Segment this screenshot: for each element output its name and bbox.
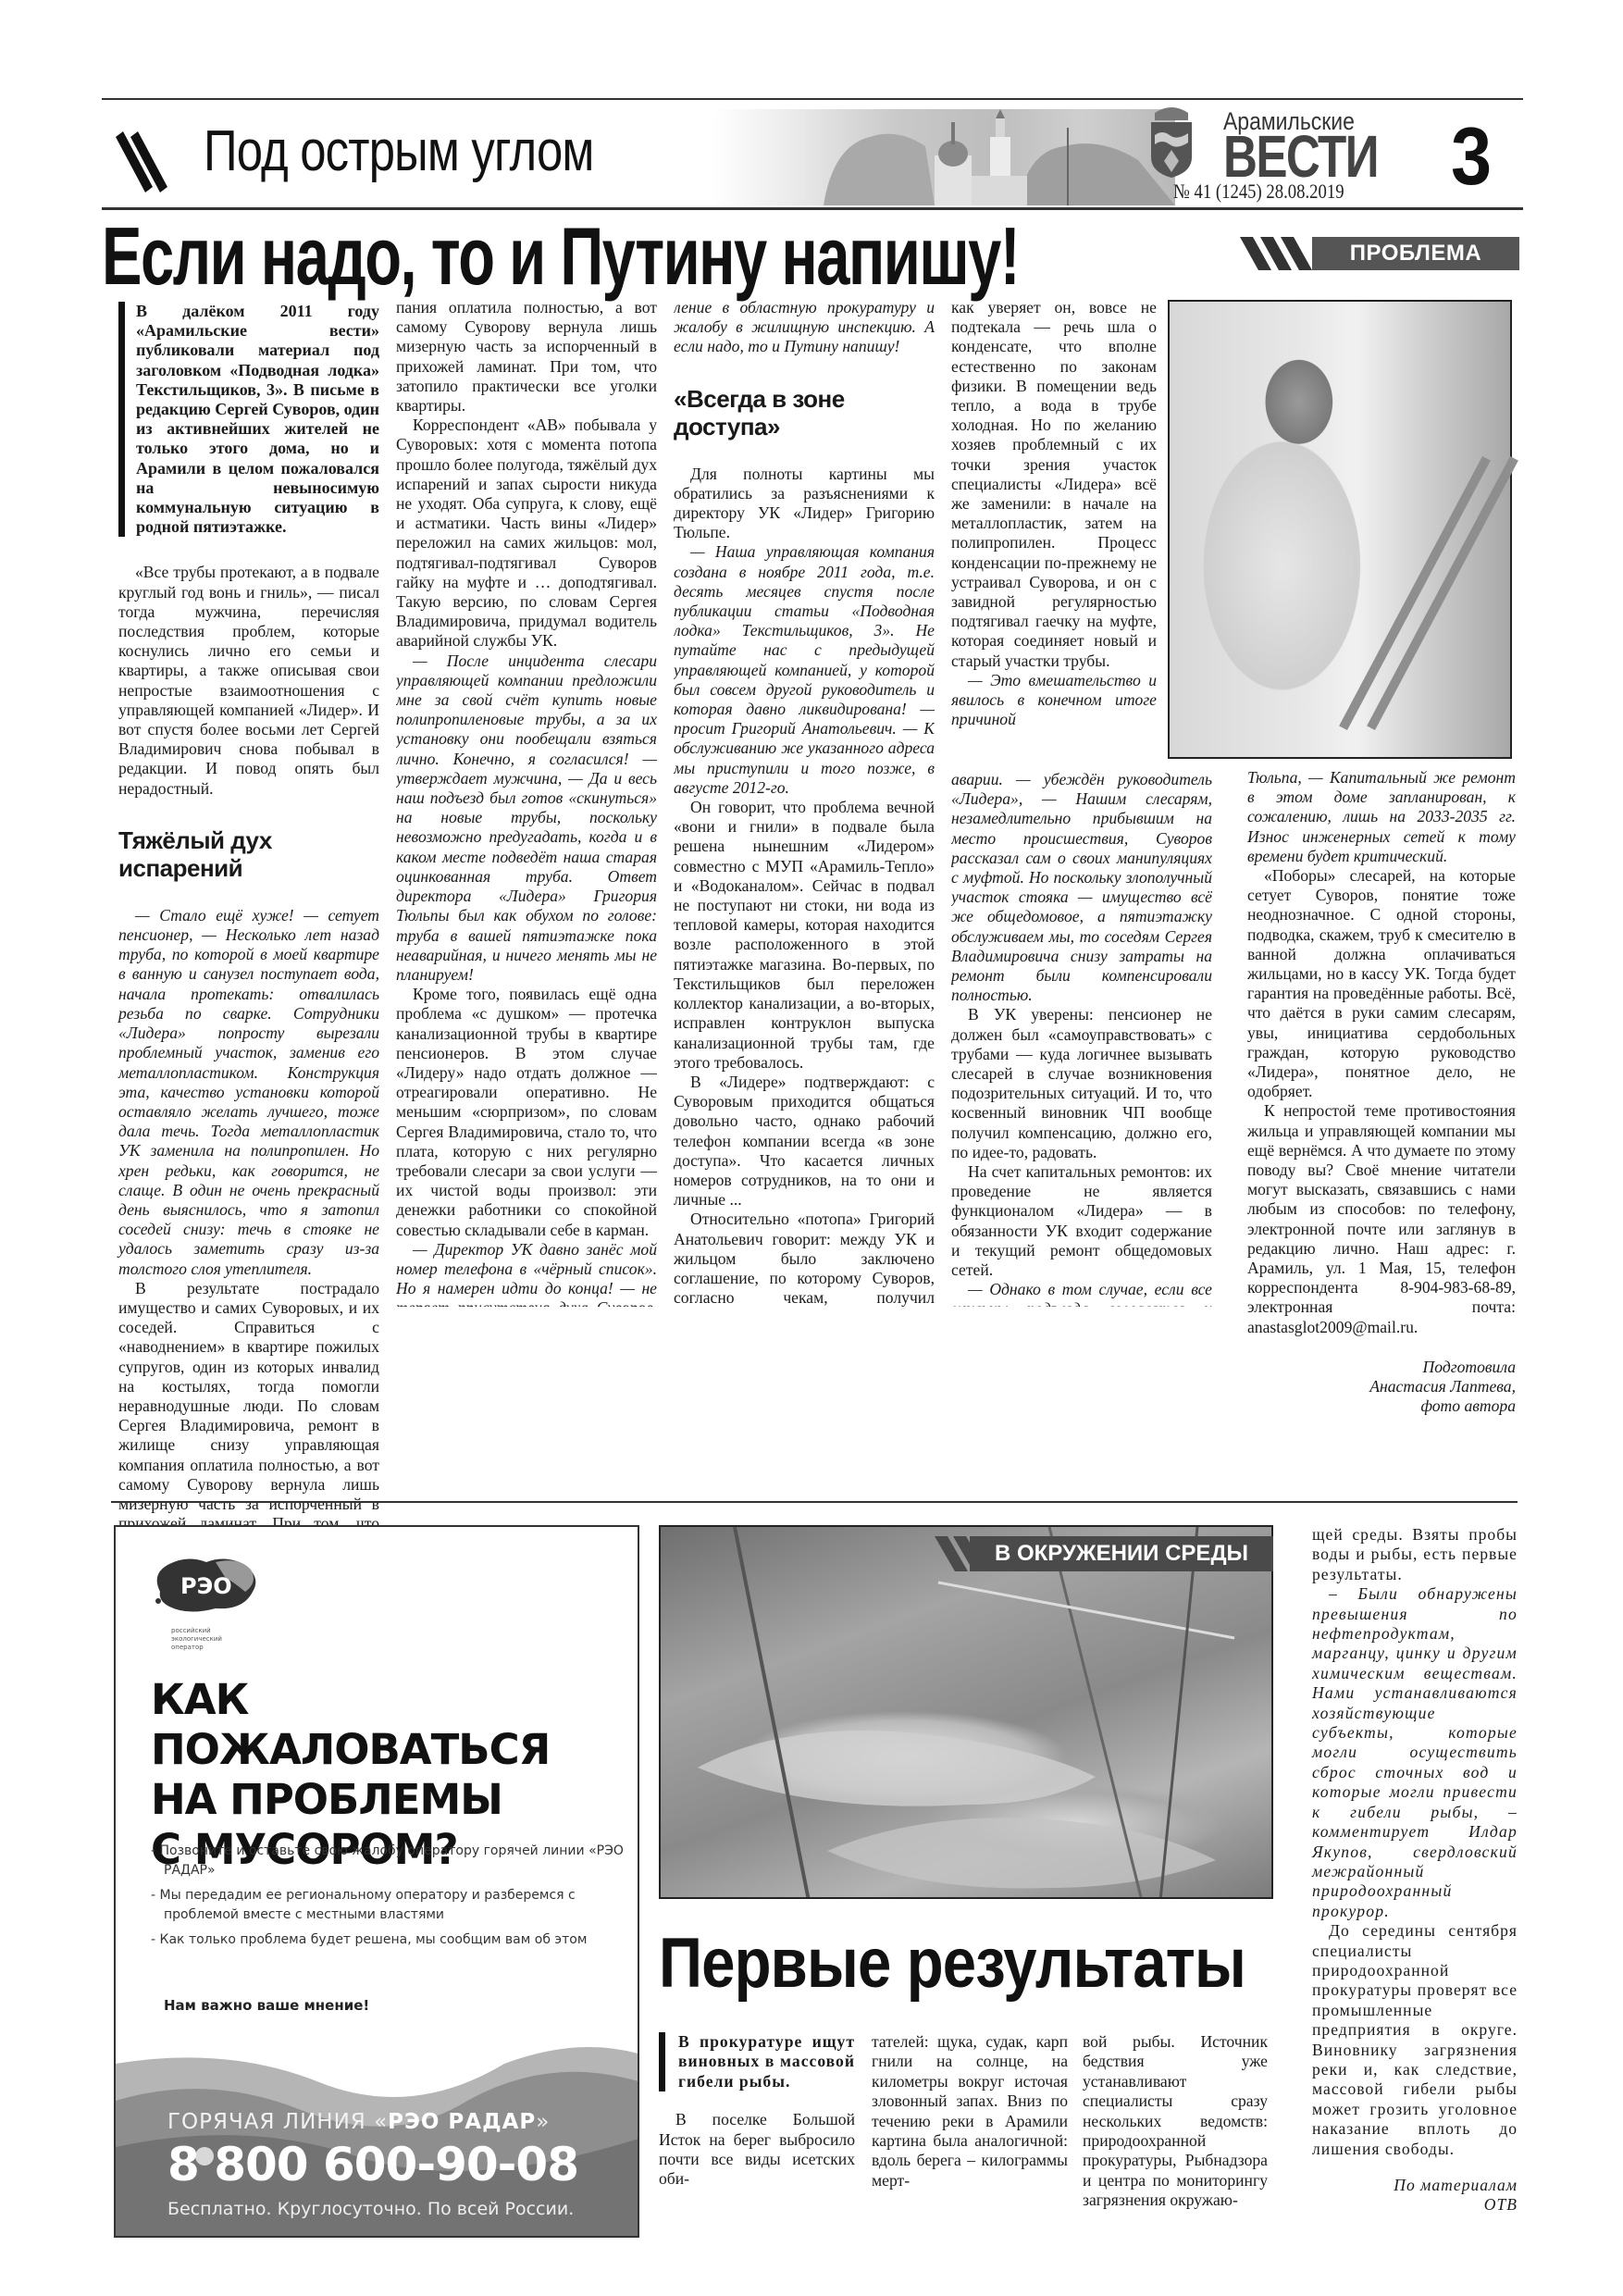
paragraph: На счет капитальных ремонтов: их проведе… — [951, 1162, 1212, 1280]
ad-hotline-label: ГОРЯЧАЯ ЛИНИЯ «РЭО РАДАР» — [167, 2110, 550, 2134]
article-column-1: В далёком 2011 году «Арамильские вести» … — [118, 302, 379, 1573]
quote-paragraph: — Стало ещё хуже! — сетует пенсионер, — … — [118, 906, 379, 1279]
quote-paragraph: — После инцидента слесари управляющей ко… — [396, 652, 657, 985]
paragraph: «Все трубы протекают, а в подвале круглы… — [118, 563, 379, 798]
article-column-5: Тюльпа, — Капитальный же ремонт в этом д… — [1247, 768, 1516, 1417]
quote-paragraph: — Наша управляющая компания создана в но… — [674, 542, 935, 798]
paragraph-continued: как уверяет он, вовсе не подтекала — реч… — [951, 298, 1157, 671]
quote-paragraph: – Были обнаружены превышения по нефтепро… — [1312, 1584, 1518, 1921]
paragraph: Для полноты картины мы обратились за раз… — [674, 465, 935, 543]
city-crest-icon — [1146, 105, 1197, 180]
quote-continued: аварии. — убеждён руководитель «Лидера»,… — [951, 770, 1212, 1005]
paragraph: В поселке Большой Исток на берег выброси… — [659, 2110, 855, 2190]
paragraph-continued: пания оплатила полностью, а вот самому С… — [396, 298, 657, 416]
paragraph: Кроме того, появилась ещё одна проблема … — [396, 985, 657, 1240]
paragraph: До середины сентября специалисты природо… — [1312, 1921, 1518, 2159]
article-divider-rule — [111, 1501, 1518, 1503]
article2-column-1: В прокуратуре ищут виновных в массовой г… — [659, 2032, 855, 2190]
paragraph: Относительно «потопа» Григорий Анатольев… — [674, 1210, 935, 1307]
quote-continued: ление в областную прокуратуру и жалобу в… — [674, 298, 935, 357]
paragraph-continued: щей среды. Взяты пробы воды и рыбы, есть… — [1312, 1525, 1518, 1584]
quote-paragraph: — Директор УК давно занёс мой номер теле… — [396, 1240, 657, 1307]
quote-paragraph: — Однако в том случае, если все жильцы п… — [951, 1280, 1212, 1307]
paragraph: Он говорит, что проблема вечной «вони и … — [674, 798, 935, 1073]
quote-paragraph: — Это вмешательство и явилось в конечном… — [951, 671, 1157, 730]
byline: По материалам ОТВ — [1312, 2176, 1518, 2215]
article-headline: Если надо, то и Путину напишу! — [102, 209, 1019, 304]
quote-continued: Тюльпа, — Капитальный же ремонт в этом д… — [1247, 768, 1516, 866]
article-column-4: как уверяет он, вовсе не подтекала — реч… — [951, 298, 1157, 770]
ad-free-note: Бесплатно. Круглосуточно. По всей России… — [167, 2199, 574, 2219]
header-church-photo — [712, 109, 1175, 205]
paragraph: В УК уверены: пенсионер не должен был «с… — [951, 1005, 1212, 1162]
section-slashes-icon — [116, 131, 180, 192]
resident-photo — [1168, 300, 1512, 759]
page-number: 3 — [1451, 109, 1492, 204]
issue-number-date: № 41 (1245) 28.08.2019 — [1173, 180, 1344, 204]
article-column-2: пания оплатила полностью, а вот самому С… — [396, 298, 657, 1307]
article2-column-4: щей среды. Взяты пробы воды и рыбы, есть… — [1312, 1525, 1518, 2215]
article-lead: В далёком 2011 году «Арамильские вести» … — [118, 302, 379, 537]
ad-steps-list: Позвоните и оставьте свою жалобу операто… — [151, 1842, 638, 1955]
svg-text:РЭО: РЭО — [180, 1573, 232, 1599]
article2-column-3: вой рыбы. Источник бедствия уже устанавл… — [1083, 2032, 1268, 2211]
ad-step: Мы передадим ее региональному оператору … — [151, 1886, 638, 1925]
ad-step: Позвоните и оставьте свою жалобу операто… — [151, 1842, 638, 1880]
paragraph-continued: тателей: щука, судак, карп гнили на солн… — [872, 2032, 1068, 2191]
article-headline: Первые результаты — [659, 1923, 1245, 2004]
article-column-4-lower: аварии. — убеждён руководитель «Лидера»,… — [951, 770, 1212, 1307]
article2-column-2: тателей: щука, судак, карп гнили на солн… — [872, 2032, 1068, 2191]
reo-logo-icon: РЭО — [151, 1555, 262, 1620]
section-title: Под острым углом — [204, 118, 594, 184]
rubric-label: В ОКРУЖЕНИИ СРЕДЫ — [970, 1536, 1273, 1571]
article-column-3: ление в областную прокуратуру и жалобу в… — [674, 298, 935, 1307]
rubric-label: ПРОБЛЕМА — [1312, 237, 1519, 270]
paragraph: К непростой теме противостояния жильца и… — [1247, 1101, 1516, 1336]
paragraph: «Поборы» слесарей, на которые сетует Сув… — [1247, 866, 1516, 1101]
ad-phone-number[interactable]: 8 800 600-90-08 — [167, 2138, 578, 2191]
subheading: «Всегда в зоне доступа» — [674, 385, 935, 441]
paragraph-continued: вой рыбы. Источник бедствия уже устанавл… — [1083, 2032, 1268, 2211]
top-rule — [102, 98, 1523, 100]
byline: Подготовила Анастасия Лаптева, фото авто… — [1247, 1358, 1516, 1417]
paragraph: В «Лидере» подтверждают: с Суворовым при… — [674, 1073, 935, 1210]
ad-opinion-text: Нам важно ваше мнение! — [164, 1997, 369, 2014]
ad-step: Как только проблема будет решена, мы соо… — [151, 1930, 638, 1950]
subheading: Тяжёлый дух испарений — [118, 826, 379, 882]
article-lead: В прокуратуре ищут виновных в массовой г… — [659, 2032, 855, 2091]
reo-advertisement: РЭО российский экологический оператор КА… — [114, 1525, 639, 2238]
dead-fish-photo — [659, 1525, 1273, 1899]
paragraph: Корреспондент «АВ» побывала у Суворовых:… — [396, 416, 657, 651]
reo-logo-caption: российский экологический оператор — [171, 1627, 254, 1652]
